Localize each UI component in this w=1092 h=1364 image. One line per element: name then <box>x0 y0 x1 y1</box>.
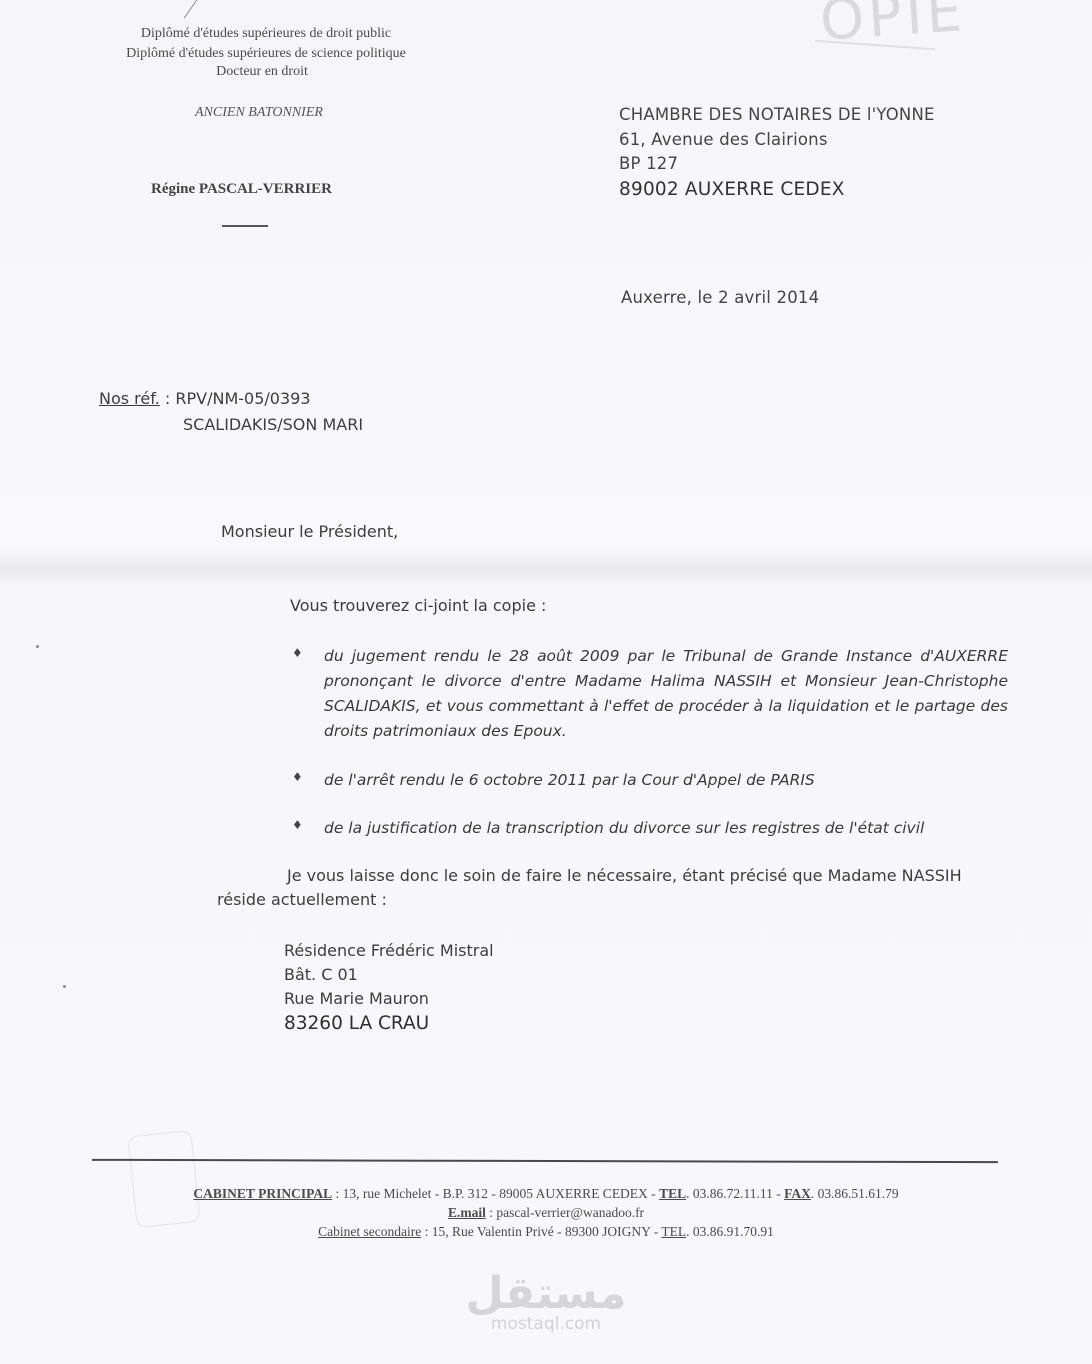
bullet-text: de l'arrêt rendu le 6 octobre 2011 par l… <box>324 768 1008 793</box>
reference-label: Nos réf. <box>99 389 160 408</box>
bullet-item-judgment: ♦ du jugement rendu le 28 août 2009 par … <box>292 644 1008 744</box>
address-street: Rue Marie Mauron <box>284 989 429 1008</box>
scan-speck <box>36 645 39 648</box>
diploma-line-2: Diplômé d'études supérieures de science … <box>66 46 466 62</box>
closing-line-2: réside actuellement : <box>217 890 387 909</box>
footer-secondary-office: Cabinet secondaire : 15, Rue Valentin Pr… <box>0 1224 1092 1240</box>
scan-speck <box>63 985 66 988</box>
footer-main-office: CABINET PRINCIPAL : 13, rue Michelet - B… <box>0 1186 1092 1202</box>
address-residence: Résidence Frédéric Mistral <box>284 941 494 960</box>
diploma-line-3: Docteur en droit <box>62 64 462 80</box>
date-line: Auxerre, le 2 avril 2014 <box>621 288 819 307</box>
reference-code: RPV/NM-05/0393 <box>175 389 310 408</box>
bullet-text: de la justification de la transcription … <box>324 816 1008 841</box>
reference-separator: : <box>160 389 176 408</box>
footer-main-label: CABINET PRINCIPAL <box>193 1186 332 1201</box>
footer-secondary-tel-label: TEL <box>661 1224 686 1239</box>
footer-main-fax: . 03.86.51.61.79 <box>811 1186 899 1201</box>
recipient-po-box: BP 127 <box>619 154 678 173</box>
bullet-item-transcription: ♦ de la justification de la transcriptio… <box>292 816 1008 841</box>
paper-fold <box>0 555 1092 585</box>
letterhead-title: ANCIEN BATONNIER <box>195 105 323 121</box>
header-mark <box>172 0 198 18</box>
footer-secondary-label: Cabinet secondaire <box>318 1224 421 1239</box>
closing-line-1: Je vous laisse donc le soin de faire le … <box>287 866 962 885</box>
intro-line: Vous trouverez ci-joint la copie : <box>290 596 546 615</box>
footer-email-address: : pascal-verrier@wanadoo.fr <box>486 1205 644 1220</box>
watermark-url: mostaql.com <box>0 1314 1092 1334</box>
footer-secondary-tel: . 03.86.91.70.91 <box>686 1224 774 1239</box>
footer-secondary-address: : 15, Rue Valentin Privé - 89300 JOIGNY … <box>421 1224 661 1239</box>
address-building: Bât. C 01 <box>284 965 358 984</box>
bullet-icon: ♦ <box>292 770 303 784</box>
letterhead-divider <box>222 225 268 227</box>
watermark-logo: مستقل <box>0 1268 1092 1319</box>
footer-email: E.mail : pascal-verrier@wanadoo.fr <box>0 1205 1092 1221</box>
footer-main-address: : 13, rue Michelet - B.P. 312 - 89005 AU… <box>332 1186 659 1201</box>
recipient-city: 89002 AUXERRE CEDEX <box>619 179 845 200</box>
salutation: Monsieur le Président, <box>221 522 398 541</box>
bullet-text: du jugement rendu le 28 août 2009 par le… <box>324 644 1008 744</box>
footer-divider <box>92 1159 998 1163</box>
address-city: 83260 LA CRAU <box>284 1013 429 1034</box>
bullet-icon: ♦ <box>292 818 303 832</box>
recipient-street: 61, Avenue des Clairions <box>619 130 828 149</box>
bullet-icon: ♦ <box>292 646 303 660</box>
footer-main-tel: . 03.86.72.11.11 - <box>686 1186 784 1201</box>
footer-email-label: E.mail <box>448 1205 486 1220</box>
letter-page: Diplômé d'études supérieures de droit pu… <box>0 0 1092 1364</box>
recipient-name: CHAMBRE DES NOTAIRES DE l'YONNE <box>619 105 935 124</box>
diploma-line-1: Diplômé d'études supérieures de droit pu… <box>66 26 466 42</box>
associate-name: Régine PASCAL-VERRIER <box>151 181 332 198</box>
reference-block: Nos réf. : RPV/NM-05/0393 <box>99 389 311 408</box>
footer-tel-label: TEL <box>659 1186 686 1201</box>
reference-case: SCALIDAKIS/SON MARI <box>183 415 363 434</box>
footer-fax-label: FAX <box>784 1186 811 1201</box>
bullet-item-appeal: ♦ de l'arrêt rendu le 6 octobre 2011 par… <box>292 768 1008 793</box>
